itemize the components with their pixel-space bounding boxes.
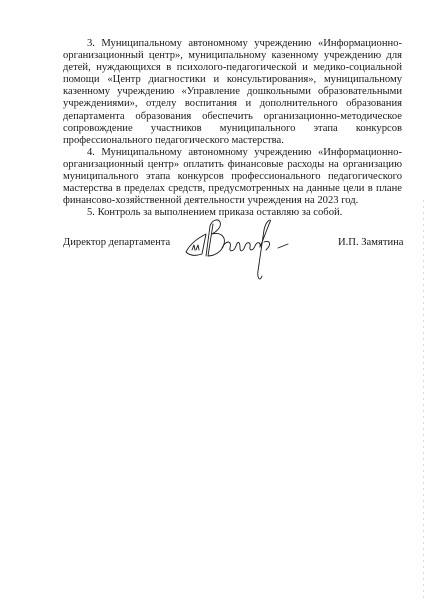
paragraph-4: 4. Муниципальному автономному учреждению…: [63, 147, 402, 207]
paragraph-3: 3. Муниципальному автономному учреждению…: [63, 38, 402, 147]
signatory-name: И.П. Замятина: [338, 237, 404, 248]
scan-edge-artifact: [423, 200, 424, 600]
document-page: 3. Муниципальному автономному учреждению…: [0, 0, 427, 600]
position-title: Директор департамента: [63, 237, 170, 248]
handwritten-signature-icon: [180, 216, 290, 291]
signature-block: Директор департамента И.П. Замятина: [0, 232, 427, 292]
order-body-text: 3. Муниципальному автономному учреждению…: [63, 38, 402, 219]
